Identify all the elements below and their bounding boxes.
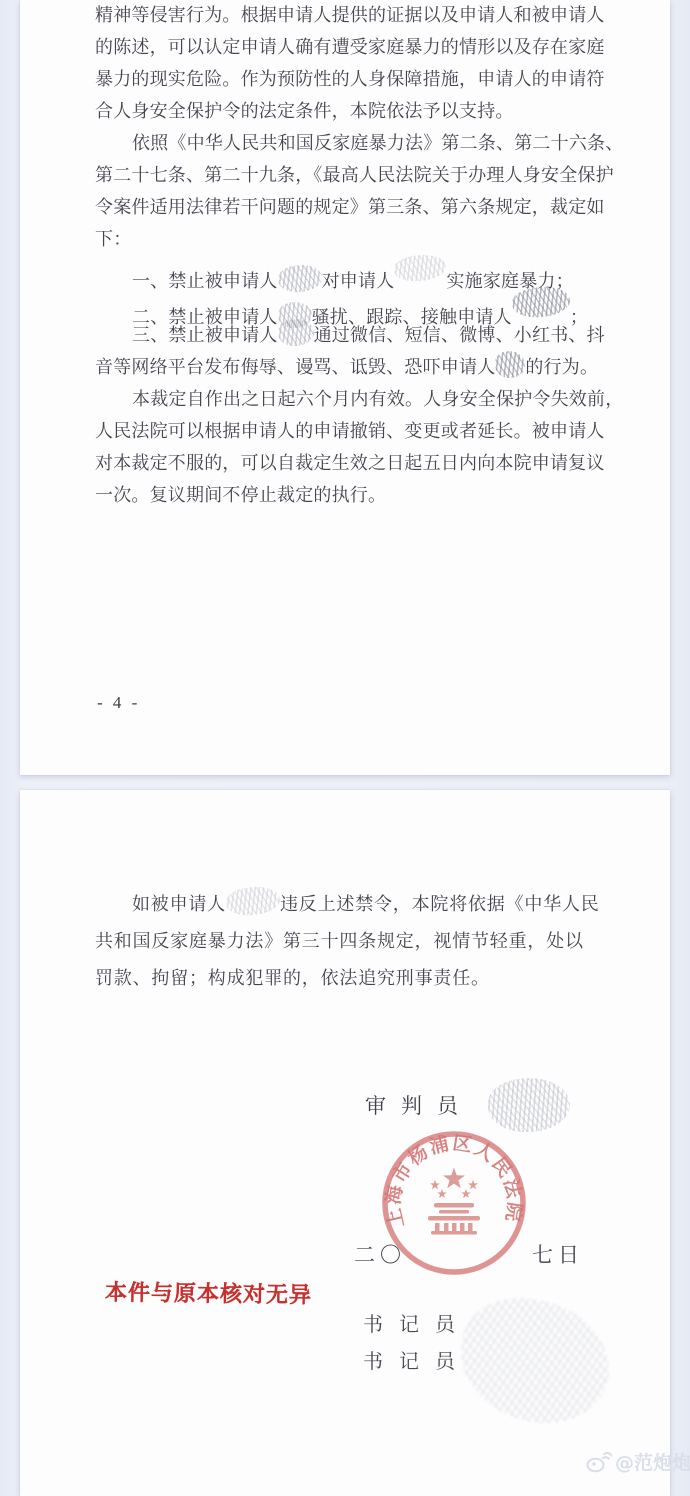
text-line: 一次。复议期间不停止裁定的执行。 (95, 479, 615, 511)
text-line: 人民法院可以根据申请人的申请撤销、变更或者延长。被申请人 (95, 415, 615, 447)
penalty-text-block: 如被申请人违反上述禁令，本院将依据《中华人民 共和国反家庭暴力法》第三十四条规定… (95, 886, 615, 997)
text-segment: 对本裁定不服的，可以自裁定生效之日起五日内向本院申请复议 (95, 453, 605, 473)
watermark-handle: @范炮炮 (615, 1448, 690, 1475)
redaction-scribble (224, 884, 281, 918)
text-segment: 第二十七条、第二十九条，《最高人民法院关于办理人身安全保护 (95, 165, 614, 185)
judge-name-redaction (486, 1075, 572, 1136)
ruling-text-block: 精神等侵害行为。根据申请人提供的证据以及申请人和被申请人 的陈述，可以认定申请人… (95, 0, 615, 511)
text-segment: 一次。复议期间不停止裁定的执行。 (95, 485, 386, 505)
clerk-name-redaction (452, 1290, 618, 1432)
text-segment: 精神等侵害行为。根据申请人提供的证据以及申请人和被申请人 (95, 5, 605, 25)
text-segment: 如被申请人 (132, 894, 226, 914)
screenshot-root: { "colors": { "background": "#edf0f8", "… (0, 0, 690, 1496)
text-line: 合人身安全保护令的法定条件，本院依法予以支持。 (95, 95, 615, 127)
document-page-2: 如被申请人违反上述禁令，本院将依据《中华人民 共和国反家庭暴力法》第三十四条规定… (20, 790, 670, 1496)
text-segment: 音等网络平台发布侮辱、谩骂、诋毁、恐吓申请人 (95, 357, 495, 377)
clerk-label-2: 书记员 (363, 1345, 471, 1374)
text-segment: 三、禁止被申请人 (132, 325, 278, 345)
text-segment: 共和国反家庭暴力法》第三十四条规定，视情节轻重，处以 (95, 931, 584, 951)
page-number: - 4 - (97, 693, 140, 713)
text-segment: 的陈述，可以认定申请人确有遭受家庭暴力的情形以及存在家庭 (95, 37, 605, 57)
text-segment: 合人身安全保护令的法定条件，本院依法予以支持。 (95, 101, 514, 121)
text-line: 暴力的现实危险。作为预防性的人身保障措施，申请人的申请符 (95, 63, 615, 95)
text-line: 精神等侵害行为。根据申请人提供的证据以及申请人和被申请人 (95, 0, 615, 31)
text-segment: 令案件适用法律若干问题的规定》第三条、第六条规定，裁定如 (95, 197, 605, 217)
redaction-scribble (510, 284, 571, 321)
text-segment: 的行为。 (525, 357, 598, 377)
watermark: @范炮炮 (586, 1448, 690, 1475)
document-page-1: 精神等侵害行为。根据申请人提供的证据以及申请人和被申请人 的陈述，可以认定申请人… (20, 0, 670, 775)
text-segment: 违反上述禁令，本院将依据《中华人民 (280, 894, 600, 914)
text-segment: 通过微信、短信、微博、小红书、抖 (314, 325, 605, 345)
text-segment: 依照《中华人民共和国反家庭暴力法》第二条、第二十六条、 (132, 133, 623, 153)
ruling-item-1: 一、禁止被申请人对申请人实施家庭暴力； (95, 255, 615, 287)
date-year-prefix: 二〇 (354, 1239, 406, 1269)
weibo-icon (586, 1451, 612, 1473)
redaction-scribble (494, 349, 527, 379)
text-line: 如被申请人违反上述禁令，本院将依据《中华人民 (95, 886, 615, 923)
judge-label: 审判员 (365, 1090, 473, 1120)
text-segment: 本裁定自作出之日起六个月内有效。人身安全保护令失效前， (132, 389, 623, 409)
text-line: 依照《中华人民共和国反家庭暴力法》第二条、第二十六条、 (95, 127, 615, 159)
clerk-label-1: 书记员 (363, 1308, 471, 1337)
text-line: 共和国反家庭暴力法》第三十四条规定，视情节轻重，处以 (95, 923, 615, 960)
ruling-item-2: 二、禁止被申请人骚扰、跟踪、接触申请人； (95, 287, 615, 319)
national-emblem-icon (428, 1168, 480, 1235)
ruling-item-3: 三、禁止被申请人通过微信、短信、微博、小红书、抖 (95, 319, 615, 351)
text-line: 下： (95, 223, 615, 255)
verification-stamp: 本件与原本核对无异 (105, 1276, 312, 1310)
text-line: 的陈述，可以认定申请人确有遭受家庭暴力的情形以及存在家庭 (95, 31, 615, 63)
text-segment: 人民法院可以根据申请人的申请撤销、变更或者延长。被申请人 (95, 421, 605, 441)
redaction-scribble (393, 252, 448, 284)
text-segment: 下： (95, 229, 131, 249)
text-segment: 暴力的现实危险。作为预防性的人身保障措施，申请人的申请符 (95, 69, 605, 89)
text-line: 罚款、拘留；构成犯罪的，依法追究刑事责任。 (95, 960, 615, 997)
text-line: 本裁定自作出之日起六个月内有效。人身安全保护令失效前， (95, 383, 615, 415)
date-day-suffix: 七日 (532, 1239, 584, 1269)
text-line: 音等网络平台发布侮辱、谩骂、诋毁、恐吓申请人的行为。 (95, 351, 615, 383)
text-line: 令案件适用法律若干问题的规定》第三条、第六条规定，裁定如 (95, 191, 615, 223)
text-line: 第二十七条、第二十九条，《最高人民法院关于办理人身安全保护 (95, 159, 615, 191)
text-line: 对本裁定不服的，可以自裁定生效之日起五日内向本院申请复议 (95, 447, 615, 479)
text-segment: 罚款、拘留；构成犯罪的，依法追究刑事责任。 (95, 968, 490, 988)
